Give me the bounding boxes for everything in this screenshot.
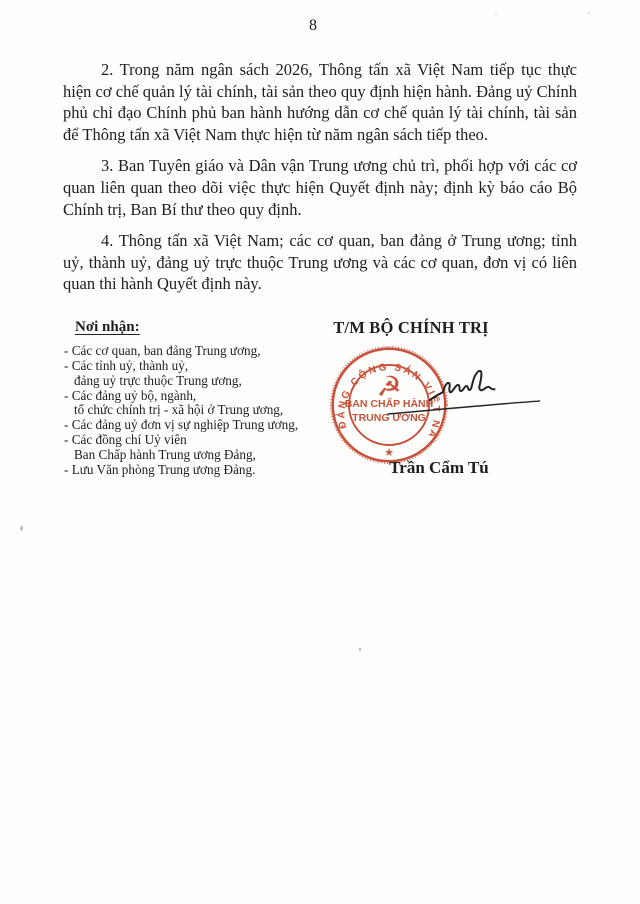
scan-speck — [20, 526, 23, 531]
scan-speck — [359, 648, 361, 651]
recipients-heading: Nơi nhận: — [75, 319, 140, 336]
signature-line — [388, 401, 540, 414]
recipient-line-continuation: tổ chức chính trị - xã hội ở Trung ương, — [64, 403, 354, 418]
recipient-line: - Các đồng chí Uỷ viên — [64, 433, 354, 448]
recipient-line-continuation: Ban Chấp hành Trung ương Đảng, — [64, 448, 354, 463]
recipient-line-continuation: đảng uỷ trực thuộc Trung ương, — [64, 374, 354, 389]
scan-speck — [495, 13, 497, 15]
recipient-line: - Các cơ quan, ban đảng Trung ương, — [64, 344, 354, 359]
document-page: 8 2. Trong năm ngân sách 2026, Thông tấn… — [0, 0, 640, 904]
recipient-line: - Các tỉnh uỷ, thành uỷ, — [64, 359, 354, 374]
page-number: 8 — [63, 17, 563, 35]
recipient-line: - Các đảng uỷ bộ, ngành, — [64, 389, 354, 404]
body-text: 2. Trong năm ngân sách 2026, Thông tấn x… — [63, 59, 577, 305]
signer-name: Trần Cẩm Tú — [357, 458, 521, 478]
paragraph-2: 2. Trong năm ngân sách 2026, Thông tấn x… — [63, 59, 577, 146]
scan-speck — [588, 12, 590, 14]
signature-scribble — [430, 371, 495, 400]
recipient-line: - Các đảng uỷ đơn vị sự nghiệp Trung ươn… — [64, 418, 354, 433]
signature — [355, 358, 555, 428]
paragraph-4: 4. Thông tấn xã Việt Nam; các cơ quan, b… — [63, 230, 577, 295]
paragraph-3: 3. Ban Tuyên giáo và Dân vận Trung ương … — [63, 155, 577, 220]
recipients-list: - Các cơ quan, ban đảng Trung ương, - Cá… — [64, 344, 354, 478]
recipient-line: - Lưu Văn phòng Trung ương Đảng. — [64, 463, 354, 478]
authority-title: T/M BỘ CHÍNH TRỊ — [321, 318, 501, 338]
